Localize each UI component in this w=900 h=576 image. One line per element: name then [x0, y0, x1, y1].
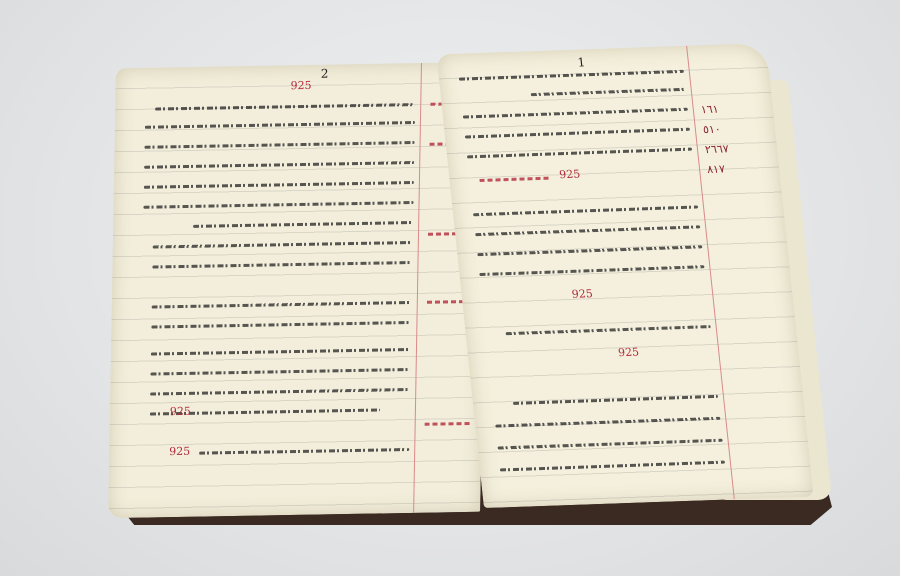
text-line	[144, 181, 414, 189]
reference-number: 925	[571, 287, 593, 301]
text-line	[199, 448, 409, 455]
text-line	[155, 103, 415, 111]
text-line	[193, 221, 413, 228]
text-line	[498, 439, 723, 450]
text-line	[495, 417, 720, 428]
text-line	[152, 261, 412, 269]
header-reference: 925	[290, 79, 311, 92]
text-line	[463, 108, 688, 119]
left-page: 2 925 925 925	[108, 62, 488, 518]
text-line	[153, 241, 413, 249]
right-page: 1 925 925 925 ١٦١ ٥١٠ ٢٦٦٧ ٨١٧	[436, 43, 813, 508]
red-text	[479, 177, 549, 182]
text-line	[151, 348, 411, 356]
margin-note	[425, 422, 470, 426]
reference-number: 925	[169, 445, 190, 458]
margin-number: ٢٦٦٧	[704, 142, 729, 156]
margin-number: ٨١٧	[706, 162, 725, 176]
text-line	[150, 368, 410, 376]
text-line	[151, 321, 411, 329]
text-line	[531, 88, 686, 96]
text-line	[477, 245, 702, 256]
text-line	[152, 301, 412, 309]
text-line	[475, 225, 700, 236]
reference-number: 925	[559, 168, 581, 182]
text-line	[144, 141, 414, 149]
text-line	[465, 128, 690, 139]
text-line	[467, 148, 692, 159]
page-number: 2	[321, 67, 329, 81]
text-line	[459, 70, 684, 81]
margin-number: ١٦١	[700, 103, 719, 117]
text-line	[144, 161, 414, 169]
text-line	[506, 325, 711, 335]
reference-number: 925	[617, 346, 639, 360]
text-line	[145, 121, 415, 129]
text-line	[513, 395, 718, 405]
margin-number: ٥١٠	[702, 123, 721, 137]
page-number: 1	[577, 55, 586, 69]
text-line	[473, 205, 698, 216]
text-line	[479, 265, 704, 276]
text-line	[143, 201, 413, 209]
reference-number: 925	[170, 405, 191, 418]
text-line	[500, 461, 725, 472]
margin-rule	[413, 63, 422, 513]
text-line	[150, 388, 410, 396]
